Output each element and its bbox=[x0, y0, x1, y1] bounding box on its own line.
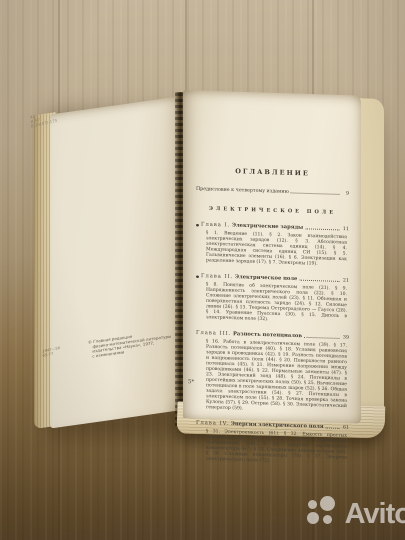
chapter-label: Глава II. bbox=[201, 273, 233, 280]
logo-dot bbox=[323, 515, 332, 524]
chapter-sections: § 8. Понятие об электрическом поле (21).… bbox=[206, 281, 347, 324]
left-flyleaf-page: 40 К 57 Б 24(07)-175 1947—56 95-77 © Гла… bbox=[50, 96, 182, 429]
chapter-page-number: 21 bbox=[341, 277, 349, 283]
preface-page-number: 9 bbox=[341, 190, 349, 196]
logo-dot bbox=[320, 496, 335, 511]
chapter-sections: § 31. Электроемкость (61). § 32. Емкость… bbox=[206, 428, 347, 465]
dot-leader bbox=[291, 192, 340, 195]
pencil-library-codes: 40 К 57 Б 24(07)-175 bbox=[30, 103, 85, 142]
chapter-page-number: 11 bbox=[341, 226, 349, 232]
dot-leader bbox=[304, 336, 340, 339]
table-of-contents: ОГЛАВЛЕНИЕ Предисловие к четвертому изда… bbox=[196, 166, 349, 466]
chapter-title: Разность потенциалов bbox=[233, 331, 302, 339]
preface-entry: Предисловие к четвертому изданию 9 bbox=[196, 186, 349, 196]
avito-watermark: Avito bbox=[307, 496, 405, 532]
table-of-contents-page: ОГЛАВЛЕНИЕ Предисловие к четвертому изда… bbox=[183, 90, 361, 424]
avito-logo-icon bbox=[307, 496, 340, 532]
logo-dot bbox=[308, 500, 317, 509]
dot-leader bbox=[305, 228, 339, 231]
preface-label: Предисловие к четвертому изданию bbox=[196, 186, 289, 194]
signature-mark: 5* bbox=[188, 378, 194, 385]
chapter-label: Глава IV. bbox=[196, 419, 229, 426]
reader-ink-mark bbox=[196, 224, 199, 227]
reader-ink-mark bbox=[196, 275, 199, 278]
dot-leader bbox=[299, 279, 339, 282]
part-header: ЭЛЕКТРИЧЕСКОЕ ПОЛЕ bbox=[196, 205, 349, 215]
chapter-sections: § 16. Работа в электростатическом поле (… bbox=[206, 338, 347, 414]
dot-leader bbox=[326, 427, 340, 429]
chapter-label: Глава I. bbox=[201, 221, 230, 228]
chapter-page-number: 61 bbox=[341, 424, 349, 430]
logo-dot bbox=[307, 512, 319, 524]
chapter-page-number: 39 bbox=[341, 334, 349, 340]
chapter-label: Глава III. bbox=[196, 329, 231, 336]
print-order-code: 1947—56 95-77 bbox=[42, 346, 61, 358]
copyright-imprint: © Главная редакция физико-математической… bbox=[88, 329, 173, 360]
book-photo: 40 К 57 Б 24(07)-175 1947—56 95-77 © Гла… bbox=[0, 0, 405, 540]
chapter-title: Электрическое поле bbox=[235, 274, 297, 282]
chapter-title: Энергия электрического поля bbox=[231, 420, 324, 429]
chapter-sections: § 1. Введение (11). § 2. Закон взаимодей… bbox=[206, 230, 347, 267]
chapter-title: Электрические заряды bbox=[232, 222, 303, 230]
avito-wordmark: Avito bbox=[345, 496, 405, 532]
toc-title: ОГЛАВЛЕНИЕ bbox=[196, 166, 349, 178]
